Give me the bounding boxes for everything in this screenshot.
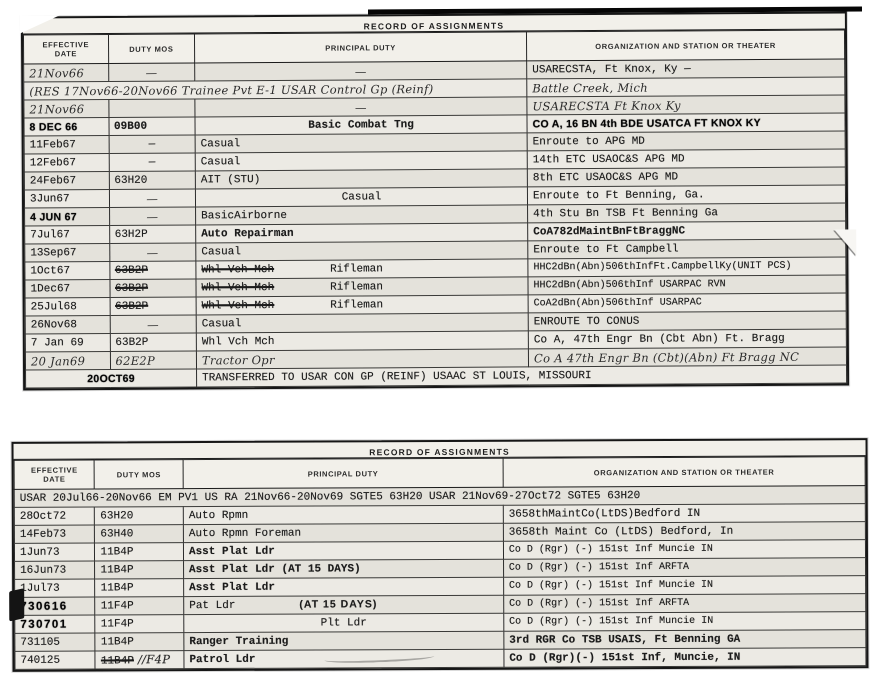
cell-principal-duty: Casual (195, 133, 527, 153)
column-header-0: EFFECTIVE DATE (23, 34, 108, 64)
cell-organization: 3rd RGR Co TSB USAIS, Ft Benning GA (504, 630, 866, 650)
cell-duty-mos: — (108, 63, 195, 82)
table-row: 74012511B4P//F4PPatrol LdrCo D (Rgr)(-) … (15, 648, 866, 670)
cell-effective-date: 28Oct72 (14, 507, 95, 525)
cell-principal-duty: Casual (195, 187, 527, 207)
cell-effective-date: 7 Jan 69 (25, 333, 110, 352)
cell-organization: Enroute to Ft Benning, Ga. (527, 185, 845, 205)
cell-principal-duty: Tractor Opr (196, 349, 528, 369)
cell-effective-date: 730701 (15, 615, 96, 633)
cell-effective-date: 7Jul67 (25, 225, 110, 244)
cell-organization: Enroute to APG MD (527, 131, 845, 151)
cell-effective-date: 1Jul73 (15, 579, 96, 597)
cell-duty-mos: 63B2P (110, 297, 197, 316)
cell-organization: Co D (Rgr) (-) 151st Inf Muncie IN (503, 576, 865, 596)
cell-effective-date: 24Feb67 (24, 171, 109, 190)
cell-principal-duty: Asst Plat Ldr (183, 541, 503, 560)
cell-organization: Co D (Rgr) (-) 151st Inf ARFTA (504, 594, 866, 614)
cell-duty-mos: — (109, 189, 196, 208)
cell-principal-duty: Whl Veh MchRifleman (196, 259, 528, 279)
cell-organization: ENROUTE TO CONUS (528, 311, 846, 331)
form-title: RECORD OF ASSIGNMENTS (369, 447, 510, 458)
cell-effective-date: 740125 (15, 651, 96, 669)
assignments-table-1: EFFECTIVE DATEDUTY MOSPRINCIPAL DUTYORGA… (23, 29, 847, 388)
cell-effective-date: 20 Jan69 (25, 351, 110, 370)
cell-principal-duty: Whl Vch Mch (196, 331, 528, 351)
cell-principal-duty: Plt Ldr (184, 613, 504, 632)
cell-duty-mos: 11B4P//F4P (95, 651, 184, 669)
cell-effective-date: 731105 (15, 633, 96, 651)
cell-effective-date: 25Jul68 (25, 297, 110, 316)
cell-organization: CoA2dBn(Abn)506thInf USARPAC (528, 293, 846, 313)
cell-organization: Co D (Rgr) (-) 151st Inf Muncie IN (504, 612, 866, 632)
cell-organization: USARECSTA, Ft Knox, Ky — (527, 59, 845, 79)
cell-organization: HHC2dBn(Abn)506thInfFt.CampbellKy(UNIT P… (528, 257, 846, 277)
cell-principal-duty: Auto Rpmn (183, 505, 503, 524)
cell-principal-duty: Casual (196, 313, 528, 333)
cell-duty-mos: 09B00 (108, 117, 195, 136)
cell-organization: HHC2dBn(Abn)506thInf USARPAC RVN (528, 275, 846, 295)
column-header-0: EFFECTIVE DATE (14, 460, 95, 489)
cell-principal-duty: Casual (196, 241, 528, 261)
cell-principal-duty: Whl Veh MchRifleman (196, 295, 528, 315)
table-row: 20OCT69TRANSFERRED TO USAR CON GP (REINF… (26, 365, 847, 388)
cell-organization: CO A, 16 BN 4th BDE USATCA FT KNOX KY (527, 113, 845, 133)
cell-organization: CoA782dMaintBnFtBraggNC (528, 221, 846, 241)
cell-duty-mos: 63H2P (109, 225, 196, 244)
cell-effective-date: 26Nov68 (25, 315, 110, 334)
cell-organization: 8th ETC USAOC&S APG MD (527, 167, 845, 187)
cell-effective-date: 14Feb73 (14, 525, 95, 543)
cell-principal-duty: — (195, 97, 527, 117)
cell-principal-duty: Pat Ldr(AT 15 DAYS) (184, 595, 504, 614)
cell-duty-mos: — (109, 153, 196, 172)
cell-duty-mos: — (109, 243, 196, 262)
cell-duty-mos: 11F4P (95, 597, 184, 615)
scanned-record-of-assignments-page: RECORD OF ASSIGNMENTS EFFECTIVE DATEDUTY… (0, 0, 878, 684)
cell-effective-date: 8 DEC 66 (24, 117, 109, 136)
cell-duty-mos: 63H20 (95, 507, 184, 525)
column-header-2: PRINCIPAL DUTY (194, 32, 526, 63)
cell-principal-duty: Asst Plat Ldr (AT 15 DAYS) (184, 559, 504, 578)
cell-effective-date: 730616 (15, 597, 96, 615)
cell-effective-date: 4 JUN 67 (25, 207, 110, 226)
paper-fold (834, 229, 856, 255)
column-header-3: ORGANIZATION AND STATION OR THEATER (527, 30, 845, 61)
cell-effective-date: 12Feb67 (24, 153, 109, 172)
cell-duty-mos: 63H20 (109, 171, 196, 190)
cell-organization: 3658thMaintCo(LtDS)Bedford IN (503, 504, 865, 524)
cell-organization: Enroute to Ft Campbell (528, 239, 846, 259)
cell-principal-duty: Whl Veh MchRifleman (196, 277, 528, 297)
cell-principal-duty: BasicAirborne (196, 205, 528, 225)
column-header-3: ORGANIZATION AND STATION OR THEATER (503, 457, 865, 488)
cell-organization: Co A 47th Engr Bn (Cbt)(Abn) Ft Bragg NC (528, 347, 846, 367)
cell-duty-mos: 63B2P (109, 261, 196, 280)
cell-effective-date: 1Jun73 (14, 543, 95, 561)
column-header-1: DUTY MOS (95, 460, 184, 489)
assignments-sheet-1: RECORD OF ASSIGNMENTS EFFECTIVE DATEDUTY… (21, 11, 849, 390)
cell-effective-date: 21Nov66 (24, 63, 109, 82)
cell-duty-mos: 63B2P (109, 279, 196, 298)
cell-organization: 14th ETC USAOC&S APG MD (527, 149, 845, 169)
cell-duty-mos: 11B4P (95, 633, 184, 651)
cell-duty-mos: — (109, 207, 196, 226)
cell-organization: Co A, 47th Engr Bn (Cbt Abn) Ft. Bragg (528, 329, 846, 349)
cell-effective-date: 13Sep67 (25, 243, 110, 262)
cell-effective-date: 16Jun73 (15, 561, 96, 579)
header-row: EFFECTIVE DATEDUTY MOSPRINCIPAL DUTYORGA… (14, 457, 865, 490)
assignments-sheet-2: RECORD OF ASSIGNMENTS EFFECTIVE DATEDUTY… (12, 438, 869, 672)
cell-principal-duty: Auto Rpmn Foreman (183, 523, 503, 542)
torn-edge-mark (9, 588, 24, 621)
cell-effective-date: 20OCT69 (26, 369, 197, 388)
column-header-2: PRINCIPAL DUTY (183, 458, 503, 488)
cell-duty-mos: 11B4P (95, 579, 184, 597)
cell-duty-mos: 11B4P (95, 561, 184, 579)
cell-organization: 4th Stu Bn TSB Ft Benning Ga (528, 203, 846, 223)
cell-principal-duty: AIT (STU) (195, 169, 527, 189)
cell-duty-mos: 11B4P (95, 543, 184, 561)
cell-organization: Co D (Rgr)(-) 151st Inf, Muncie, IN (504, 648, 866, 668)
column-header-1: DUTY MOS (108, 34, 195, 64)
cell-principal-duty: — (195, 61, 527, 81)
cell-effective-date: 3Jun67 (24, 189, 109, 208)
cell-organization: 3658th Maint Co (LtDS) Bedford, In (503, 522, 865, 542)
cell-effective-date: 1Dec67 (25, 279, 110, 298)
assignments-table-2: EFFECTIVE DATEDUTY MOSPRINCIPAL DUTYORGA… (14, 456, 867, 670)
cell-principal-duty: Basic Combat Tng (195, 115, 527, 135)
cell-organization: Co D (Rgr) (-) 151st Inf Muncie IN (503, 540, 865, 560)
cell-duty-mos: — (109, 135, 196, 154)
cell-effective-date: 11Feb67 (24, 135, 109, 154)
cell-duty-mos: — (110, 315, 197, 334)
cell-principal-duty: Asst Plat Ldr (184, 577, 504, 596)
cell-duty-mos: 62E2P (110, 351, 197, 370)
cell-effective-date: 21Nov66 (24, 99, 109, 118)
cell-organization: Battle Creek, Mich (527, 77, 845, 97)
cell-principal-duty: Casual (195, 151, 527, 171)
cell-effective-date: 1Oct67 (25, 261, 110, 280)
cell-organization: Co D (Rgr) (-) 151st Inf ARFTA (503, 558, 865, 578)
cell-duty-mos: 63B2P (110, 333, 197, 352)
cell-organization: USARECSTA Ft Knox Ky (527, 95, 845, 115)
cell-principal-duty: Auto Repairman (196, 223, 528, 243)
cell-principal-duty: Ranger Training (184, 631, 504, 650)
cell-duty-mos (108, 99, 195, 118)
cell-duty-mos: 63H40 (95, 525, 184, 543)
cell-note: TRANSFERRED TO USAR CON GP (REINF) USAAC… (197, 365, 847, 387)
cell-duty-mos: 11F4P (95, 615, 184, 633)
form-title: RECORD OF ASSIGNMENTS (364, 21, 505, 32)
